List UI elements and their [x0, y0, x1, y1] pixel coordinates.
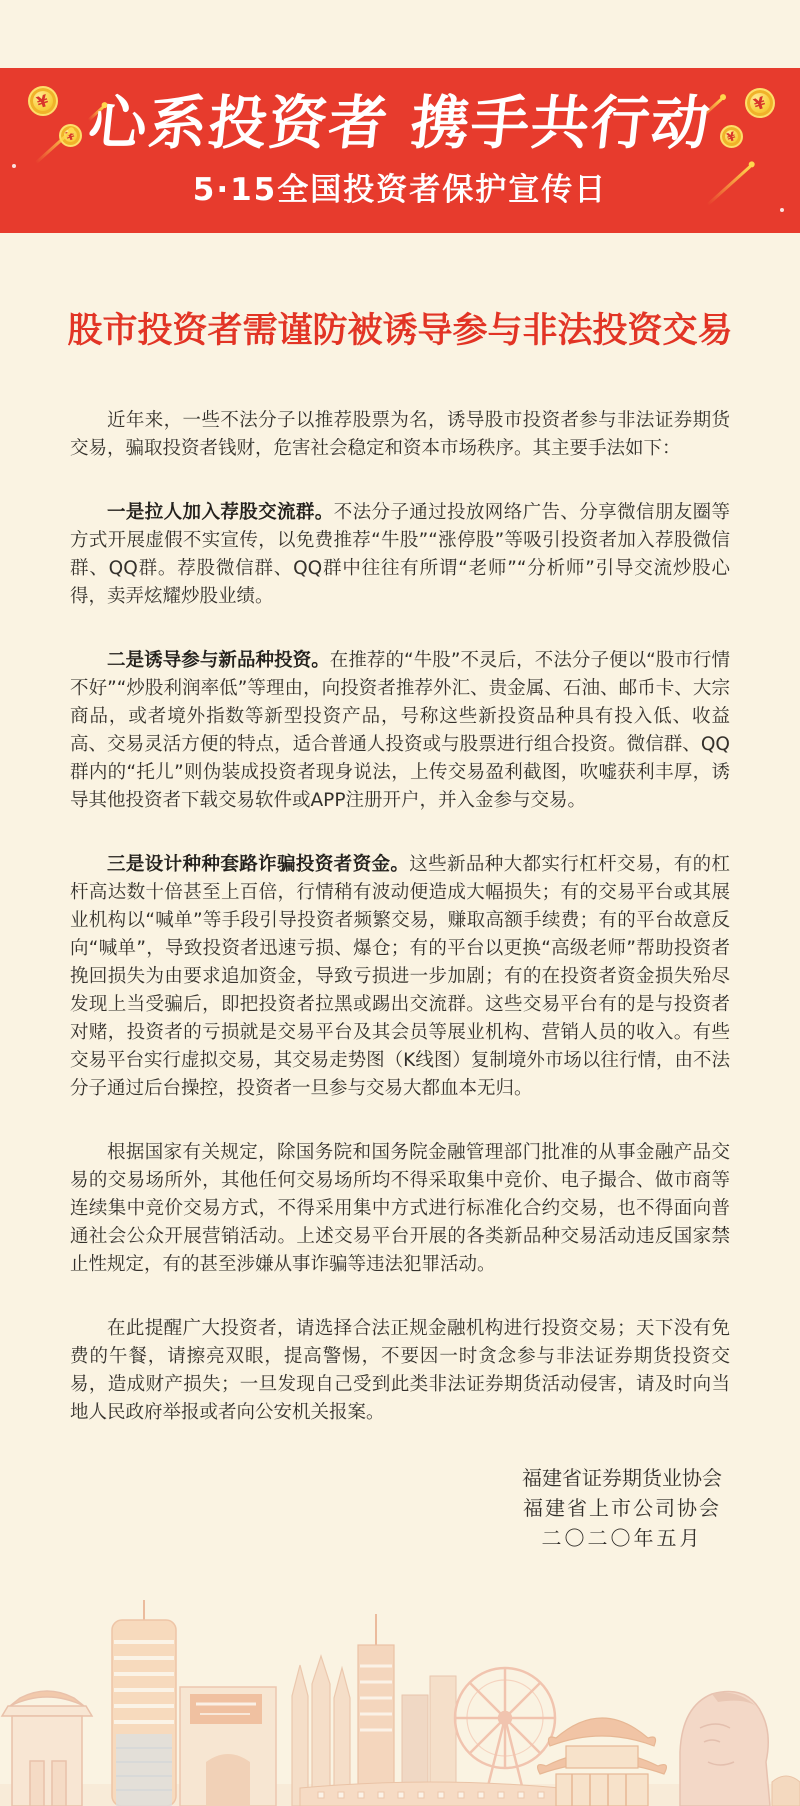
signature-date: 二〇二〇年五月: [504, 1523, 740, 1553]
paragraph-text: 近年来，一些不法分子以推荐股票为名，诱导股市投资者参与非法证券期货交易，骗取投资…: [70, 410, 730, 459]
city-skyline-illustration: [0, 1556, 800, 1806]
signature-block: 福建省证券期货业协会 福建省上市公司协会 二〇二〇年五月: [504, 1463, 740, 1553]
paragraph-text: 在此提醒广大投资者，请选择合法正规金融机构进行投资交易；天下没有免费的午餐，请擦…: [70, 1318, 730, 1423]
poster-page: ¥ ¥ ¥ ¥ 心系投资者 携手共行动 5·15全国投资者保护宣传日 股市投资者…: [0, 0, 800, 1806]
signature-org-2: 福建省上市公司协会: [504, 1493, 740, 1523]
body-paragraph: 近年来，一些不法分子以推荐股票为名，诱导股市投资者参与非法证券期货交易，骗取投资…: [70, 407, 730, 463]
body-paragraph: 根据国家有关规定，除国务院和国务院金融管理部门批准的从事金融产品交易的交易场所外…: [70, 1139, 730, 1279]
body-paragraph: 二是诱导参与新品种投资。在推荐的“牛股”不灵后，不法分子便以“股市行情不好”“炒…: [70, 647, 730, 815]
banner-subtitle: 5·15全国投资者保护宣传日: [0, 164, 800, 209]
header-banner: ¥ ¥ ¥ ¥ 心系投资者 携手共行动 5·15全国投资者保护宣传日: [0, 68, 800, 233]
paragraph-text: 这些新品种大都实行杠杆交易，有的杠杆高达数十倍甚至上百倍，行情稍有波动便造成大幅…: [70, 854, 730, 1099]
paragraph-text: 在推荐的“牛股”不灵后，不法分子便以“股市行情不好”“炒股利润率低”等理由，向投…: [70, 650, 730, 811]
body-paragraph: 一是拉人加入荐股交流群。不法分子通过投放网络广告、分享微信朋友圈等方式开展虚假不…: [70, 499, 730, 611]
sparkle-dot: [12, 164, 16, 168]
article-title: 股市投资者需谨防被诱导参与非法投资交易: [0, 303, 800, 353]
paragraph-text: 根据国家有关规定，除国务院和国务院金融管理部门批准的从事金融产品交易的交易场所外…: [70, 1142, 730, 1275]
body-paragraph: 三是设计种种套路诈骗投资者资金。这些新品种大都实行杠杆交易，有的杠杆高达数十倍甚…: [70, 851, 730, 1103]
sparkle-dot: [780, 208, 784, 212]
signature-org-1: 福建省证券期货业协会: [504, 1463, 740, 1493]
banner-title: 心系投资者 携手共行动: [0, 92, 800, 156]
body-paragraph: 在此提醒广大投资者，请选择合法正规金融机构进行投资交易；天下没有免费的午餐，请擦…: [70, 1315, 730, 1427]
paragraph-lead: 二是诱导参与新品种投资。: [107, 650, 330, 671]
paragraph-lead: 三是设计种种套路诈骗投资者资金。: [107, 854, 409, 875]
top-margin-strip: [0, 0, 800, 68]
article-body: 近年来，一些不法分子以推荐股票为名，诱导股市投资者参与非法证券期货交易，骗取投资…: [70, 407, 730, 1427]
paragraph-lead: 一是拉人加入荐股交流群。: [107, 502, 334, 523]
